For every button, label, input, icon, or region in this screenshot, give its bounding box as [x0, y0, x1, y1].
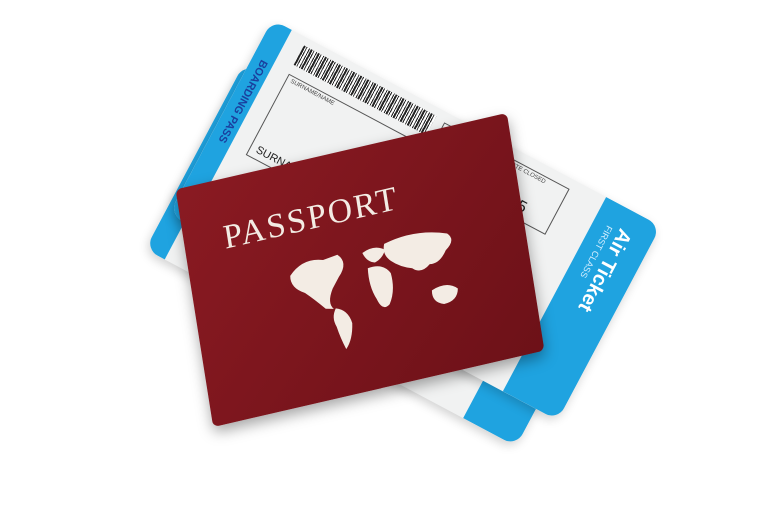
photo-scene: BOARDING PASS AB 401 Air Ticket FIRST CL…	[0, 0, 768, 512]
